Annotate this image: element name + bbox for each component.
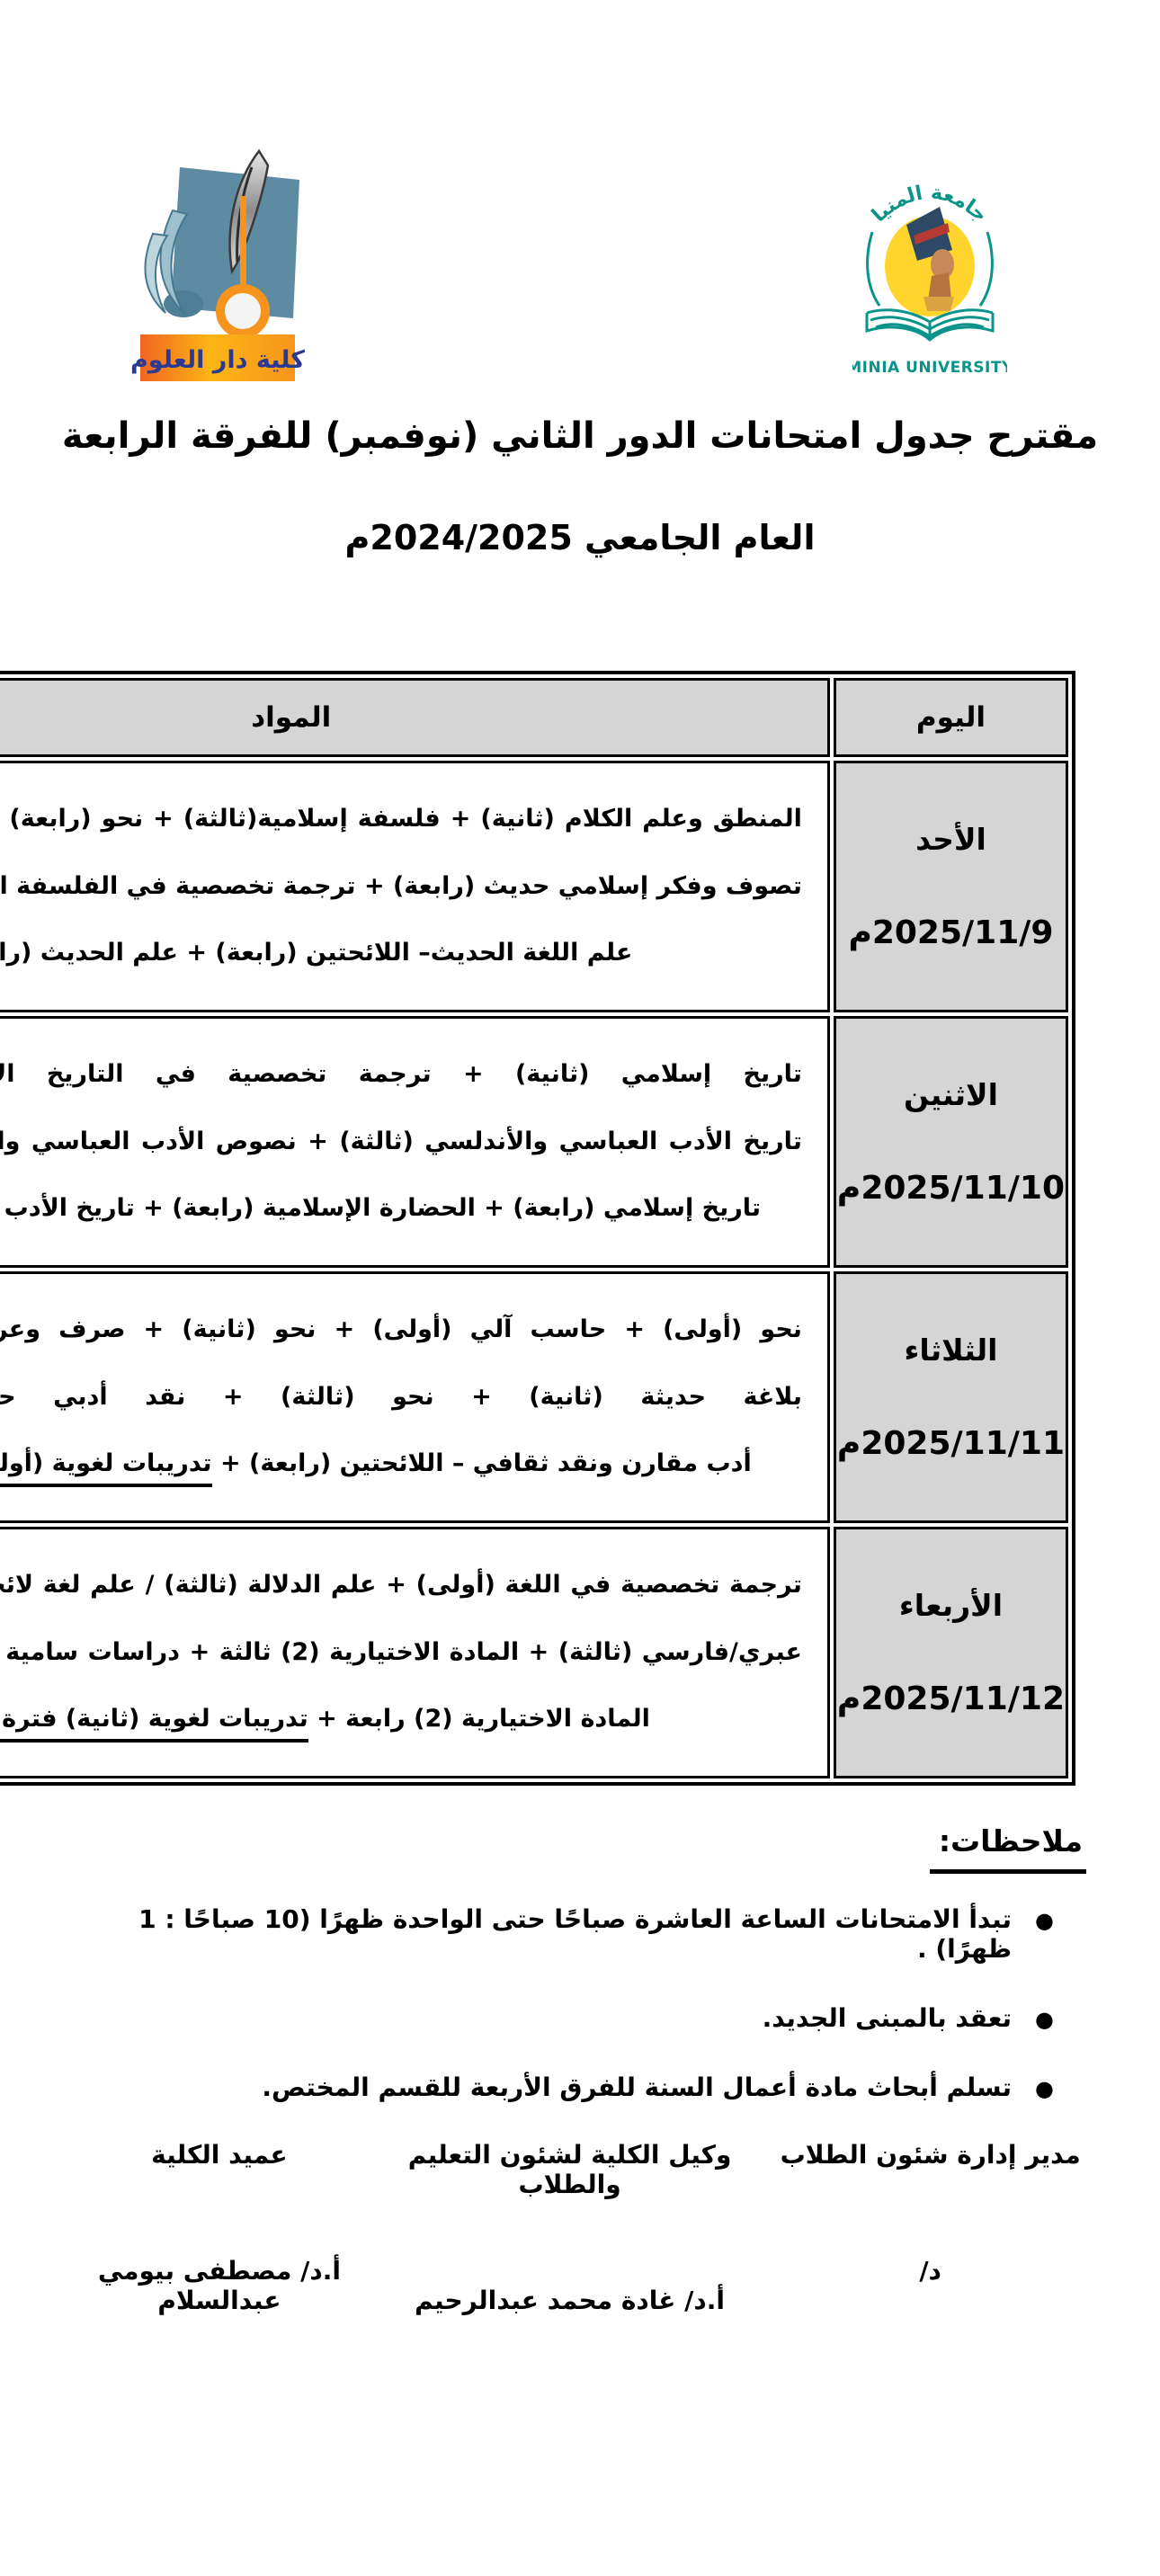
page-title: مقترح جدول امتحانات الدور الثاني (نوفمبر… xyxy=(0,415,1160,457)
day-name: الاثنين xyxy=(837,1077,1065,1112)
table-row: الأحد 2025/11/9م المنطق وعلم الكلام (ثان… xyxy=(0,761,1068,1012)
day-cell: الأحد 2025/11/9م xyxy=(834,761,1068,1012)
list-item: ● تعقد بالمبنى الجديد. xyxy=(74,2003,1054,2033)
pen-nib-ring xyxy=(220,289,265,334)
exam-schedule-table: اليوم المواد الأحد 2025/11/9م المنطق وعل… xyxy=(0,671,1075,1786)
day-cell: الاثنين 2025/11/10م xyxy=(834,1016,1068,1268)
materials-cell: المنطق وعلم الكلام (ثانية) + فلسفة إسلام… xyxy=(0,761,830,1012)
materials-cell: نحو (أولى) + حاسب آلي (أولى) + نحو (ثاني… xyxy=(0,1271,830,1523)
materials-line: المادة الاختيارية (2) رابعة + تدريبات لغ… xyxy=(0,1703,802,1735)
bullet-icon: ● xyxy=(1035,1910,1054,1931)
materials-line: المنطق وعلم الكلام (ثانية) + فلسفة إسلام… xyxy=(0,803,802,835)
day-column-header: اليوم xyxy=(834,678,1068,757)
laurel-right xyxy=(980,232,992,306)
table-row: الثلاثاء 2025/11/11م نحو (أولى) + حاسب آ… xyxy=(0,1271,1068,1523)
day-date: 2025/11/11م xyxy=(837,1425,1065,1462)
day-date: 2025/11/10م xyxy=(837,1170,1065,1207)
exam-schedule-table-wrap: اليوم المواد الأحد 2025/11/9م المنطق وعل… xyxy=(65,671,1075,1786)
day-cell: الثلاثاء 2025/11/11م xyxy=(834,1271,1068,1523)
list-item: ● تسلم أبحاث مادة أعمال السنة للفرق الأر… xyxy=(74,2072,1054,2102)
materials-line: بلاغة حديثة (ثانية) + نحو (ثالثة) + نقد … xyxy=(0,1381,802,1413)
list-item: ● تبدأ الامتحانات الساعة العاشرة صباحًا … xyxy=(74,1904,1054,1964)
note-text: تعقد بالمبنى الجديد. xyxy=(763,2003,1012,2033)
day-name: الأحد xyxy=(837,822,1065,857)
table-row: الأربعاء 2025/11/12م ترجمة تخصصية في الل… xyxy=(0,1527,1068,1778)
materials-cell: ترجمة تخصصية في اللغة (أولى) + علم الدلا… xyxy=(0,1527,830,1778)
day-cell: الأربعاء 2025/11/12م xyxy=(834,1527,1068,1778)
day-date: 2025/11/9م xyxy=(837,914,1065,951)
title-block: مقترح جدول امتحانات الدور الثاني (نوفمبر… xyxy=(0,415,1160,557)
university-name-english: MINIA UNIVERSITY xyxy=(852,359,1007,377)
gold-collar xyxy=(924,297,954,311)
university-logo: جامعة المنيا MINIA UNIVERSITY xyxy=(852,167,1007,379)
bullet-icon: ● xyxy=(1035,2078,1054,2099)
signature-student-affairs: مدير إدارة شئون الطلاب د/ xyxy=(765,2140,1095,2315)
signature-name: أ.د/ مصطفى بيومي عبدالسلام xyxy=(65,2256,374,2315)
day-date: 2025/11/12م xyxy=(837,1680,1065,1717)
signatures-section: مدير إدارة شئون الطلاب د/ وكيل الكلية لش… xyxy=(65,2140,1095,2315)
signature-name: د/ xyxy=(765,2256,1095,2286)
laurel-left xyxy=(868,232,879,306)
materials-column-header: المواد xyxy=(0,678,830,757)
notes-list: ● تبدأ الامتحانات الساعة العاشرة صباحًا … xyxy=(74,1904,1086,2102)
day-name: الثلاثاء xyxy=(837,1333,1065,1368)
materials-line: تصوف وفكر إسلامي حديث (رابعة) + ترجمة تخ… xyxy=(0,870,802,903)
note-text: تبدأ الامتحانات الساعة العاشرة صباحًا حت… xyxy=(74,1904,1012,1964)
materials-line: تاريخ الأدب العباسي والأندلسي (ثالثة) + … xyxy=(0,1126,802,1158)
table-row: الاثنين 2025/11/10م تاريخ إسلامي (ثانية)… xyxy=(0,1016,1068,1268)
faculty-name-text: كلية دار العلوم xyxy=(130,346,305,374)
materials-line: علم اللغة الحديث– اللائحتين (رابعة) + عل… xyxy=(0,937,802,969)
day-name: الأربعاء xyxy=(837,1588,1065,1623)
table-header-row: اليوم المواد xyxy=(0,678,1068,757)
book-and-quill-icon: كلية دار العلوم xyxy=(117,140,322,387)
signature-title: عميد الكلية xyxy=(65,2140,374,2170)
academic-year-title: العام الجامعي 2024/2025م xyxy=(0,518,1160,557)
note-text: تسلم أبحاث مادة أعمال السنة للفرق الأربع… xyxy=(262,2072,1012,2102)
materials-line: ترجمة تخصصية في اللغة (أولى) + علم الدلا… xyxy=(0,1569,802,1601)
materials-line: تاريخ إسلامي (ثانية) + ترجمة تخصصية في ا… xyxy=(0,1058,802,1091)
signature-name: أ.د/ غادة محمد عبدالرحيم xyxy=(374,2286,765,2315)
materials-line: تاريخ إسلامي (رابعة) + الحضارة الإسلامية… xyxy=(0,1192,802,1225)
materials-line: عبري/فارسي (ثالثة) + المادة الاختيارية (… xyxy=(0,1636,802,1669)
notes-section: ملاحظات: ● تبدأ الامتحانات الساعة العاشر… xyxy=(74,1823,1086,2142)
notes-title: ملاحظات: xyxy=(930,1823,1086,1874)
signature-vice-dean: وكيل الكلية لشئون التعليم والطلاب أ.د/ غ… xyxy=(374,2140,765,2315)
signature-dean: عميد الكلية أ.د/ مصطفى بيومي عبدالسلام xyxy=(65,2140,374,2315)
materials-cell: تاريخ إسلامي (ثانية) + ترجمة تخصصية في ا… xyxy=(0,1016,830,1268)
bullet-icon: ● xyxy=(1035,2009,1054,2030)
faculty-logo: كلية دار العلوم xyxy=(117,140,322,387)
document-page: كلية دار العلوم جامعة المنيا xyxy=(0,0,1160,2576)
materials-line: نحو (أولى) + حاسب آلي (أولى) + نحو (ثاني… xyxy=(0,1314,802,1346)
materials-line: أدب مقارن ونقد ثقافي – اللائحتين (رابعة)… xyxy=(0,1448,802,1480)
signature-title: وكيل الكلية لشئون التعليم والطلاب xyxy=(374,2140,765,2199)
minia-university-icon: جامعة المنيا MINIA UNIVERSITY xyxy=(852,167,1007,379)
pen-stem xyxy=(240,196,246,293)
signature-title: مدير إدارة شئون الطلاب xyxy=(765,2140,1095,2170)
